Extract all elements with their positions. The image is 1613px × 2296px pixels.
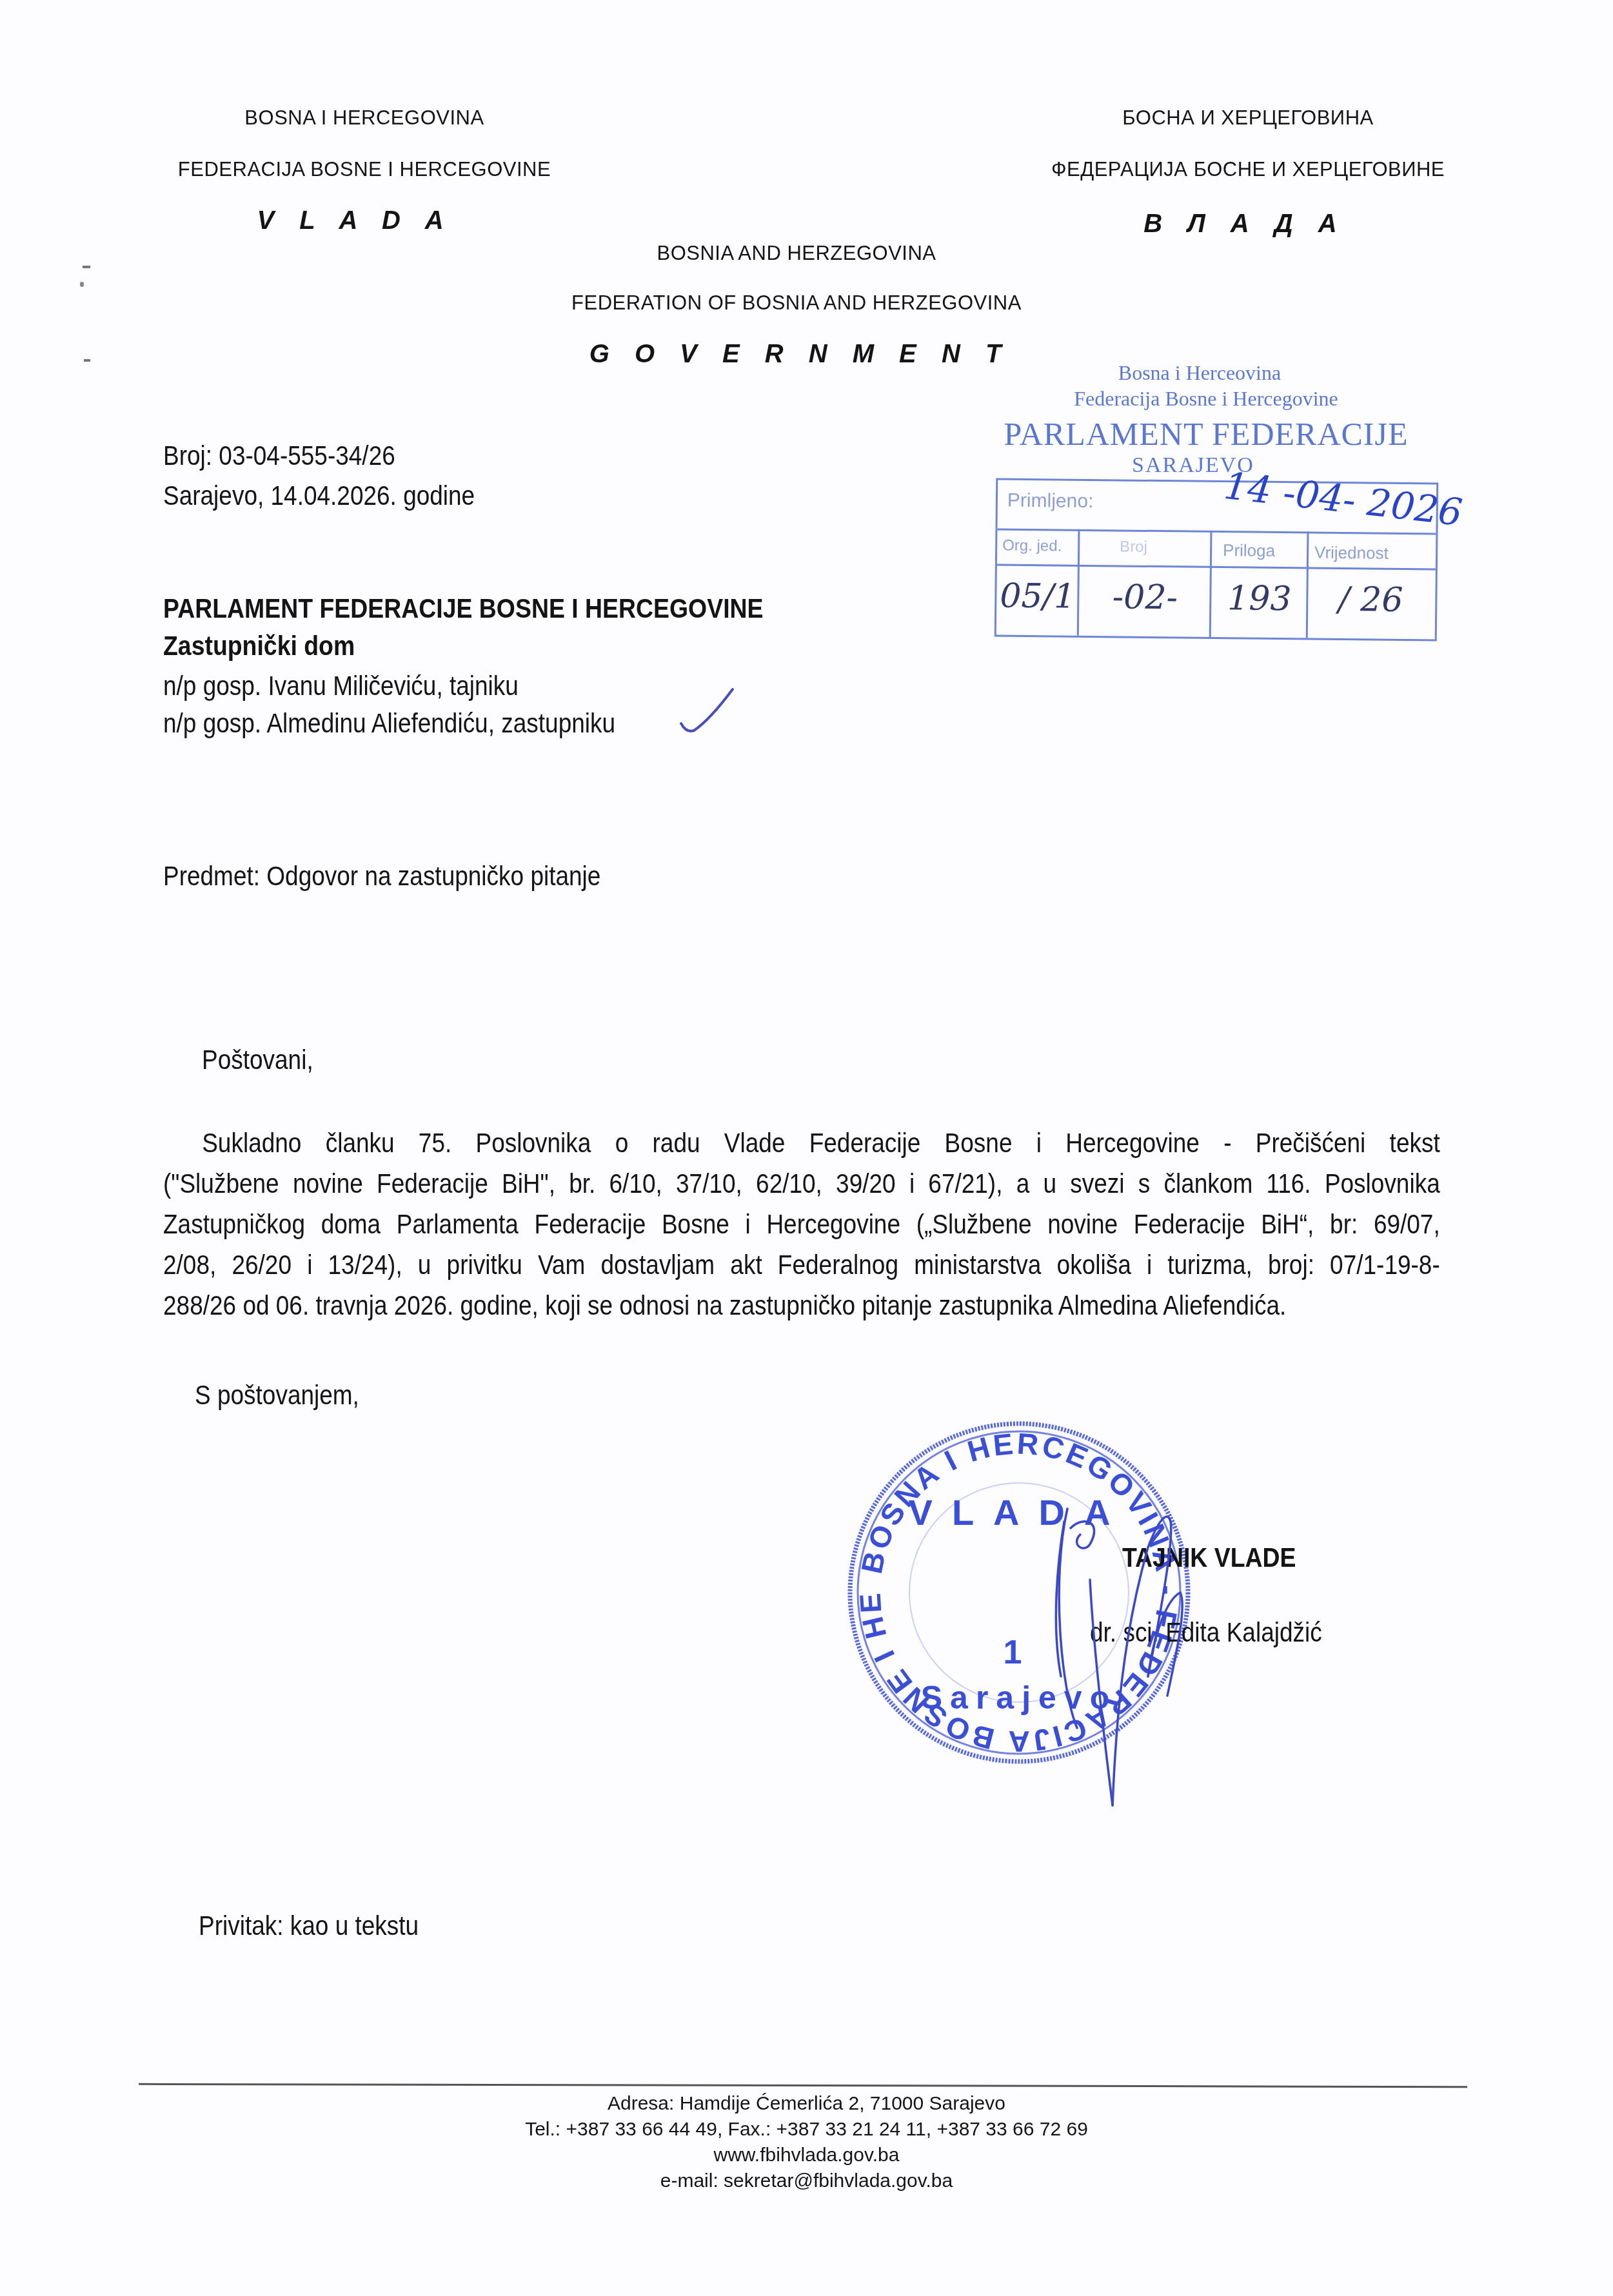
reference-date: Sarajevo, 14.04.2026. godine bbox=[163, 480, 475, 512]
stamp-register-box: Primljeno: 14 -04- 2026 Org. jed. Broj P… bbox=[995, 478, 1439, 641]
stamp-col-broj: Broj bbox=[1120, 538, 1147, 556]
body-line: ("Službene novine Federacije BiH", br. 6… bbox=[163, 1164, 1440, 1204]
stamp-line1: Bosna i Herceovina bbox=[1118, 361, 1281, 385]
letterhead-left-vlada: V L A D A bbox=[257, 206, 452, 235]
checkmark-icon bbox=[677, 687, 735, 738]
letterhead-left-line2: FEDERACIJA BOSNE I HERCEGOVINE bbox=[178, 158, 551, 181]
stamp-col-vrijednost: Vrijednost bbox=[1314, 543, 1389, 564]
body-line: 2/08, 26/20 i 13/24), u privitku Vam dos… bbox=[163, 1245, 1440, 1286]
stamp-received-label: Primljeno: bbox=[1007, 490, 1094, 513]
salutation: Poštovani, bbox=[202, 1045, 313, 1076]
letterhead-left-line1: BOSNA I HERCEGOVINA bbox=[244, 106, 484, 130]
body-line: Sukladno članku 75. Poslovnika o radu Vl… bbox=[163, 1123, 1440, 1164]
recipient-house: Zastupnički dom bbox=[163, 631, 355, 662]
letterhead-center-government: G O V E R N M E N T bbox=[589, 340, 1011, 369]
reference-number: Broj: 03-04-555-34/26 bbox=[163, 440, 395, 472]
stamp-col-priloga: Priloga bbox=[1223, 540, 1275, 561]
letterhead-right-vlada: В Л А Д А bbox=[1143, 210, 1345, 239]
stamp-value-broj: -02- bbox=[1080, 578, 1210, 618]
recipient-institution: PARLAMENT FEDERACIJE BOSNE I HERCEGOVINE bbox=[163, 593, 764, 625]
scan-mark bbox=[80, 282, 84, 287]
footer-phones: Tel.: +387 33 66 44 49, Fax.: +387 33 21… bbox=[0, 2119, 1613, 2141]
letter-body: Sukladno članku 75. Poslovnika o radu Vl… bbox=[163, 1123, 1440, 1326]
footer-address: Adresa: Hamdije Ćemerlića 2, 71000 Saraj… bbox=[0, 2093, 1613, 2115]
letterhead-right-line2: ФЕДЕРАЦИЈА БОСНЕ И ХЕРЦЕГОВИНЕ bbox=[1051, 158, 1445, 181]
attachment-note: Privitak: kao u tekstu bbox=[199, 1910, 419, 1942]
scan-mark bbox=[83, 266, 90, 268]
subject-line: Predmet: Odgovor na zastupničko pitanje bbox=[163, 861, 600, 892]
body-line: 288/26 od 06. travnja 2026. godine, koji… bbox=[163, 1286, 1440, 1326]
footer-divider bbox=[139, 2083, 1467, 2088]
stamp-value-org: 05/1 bbox=[1000, 576, 1074, 616]
stamp-line2: Federacija Bosne i Hercegovine bbox=[1074, 387, 1338, 411]
stamp-line3: PARLAMENT FEDERACIJE bbox=[1004, 415, 1408, 453]
body-line: Zastupničkog doma Parlamenta Federacije … bbox=[163, 1204, 1440, 1245]
letterhead-center-line1: BOSNIA AND HERZEGOVINA bbox=[657, 242, 936, 265]
recipient-attn-secretary: n/p gosp. Ivanu Miličeviću, tajniku bbox=[163, 671, 519, 702]
letterhead-center-line2: FEDERATION OF BOSNIA AND HERZEGOVINA bbox=[571, 291, 1022, 315]
footer-website[interactable]: www.fbihvlada.gov.ba bbox=[0, 2144, 1613, 2166]
letterhead-right-line1: БОСНА И ХЕРЦЕГОВИНА bbox=[1122, 106, 1373, 130]
scan-mark bbox=[84, 359, 90, 362]
footer-email[interactable]: e-mail: sekretar@fbihvlada.gov.ba bbox=[0, 2170, 1613, 2192]
closing: S poštovanjem, bbox=[195, 1380, 359, 1411]
stamp-received-date: 14 -04- 2026 bbox=[1222, 464, 1465, 535]
recipient-attn-representative: n/p gosp. Almedinu Aliefendiću, zastupni… bbox=[163, 708, 615, 740]
handwritten-signature-icon bbox=[955, 1483, 1225, 1818]
stamp-col-org: Org. jed. bbox=[1002, 537, 1062, 556]
stamp-value-vrijednost: / 26 bbox=[1309, 580, 1432, 620]
stamp-value-priloga: 193 bbox=[1212, 579, 1307, 619]
